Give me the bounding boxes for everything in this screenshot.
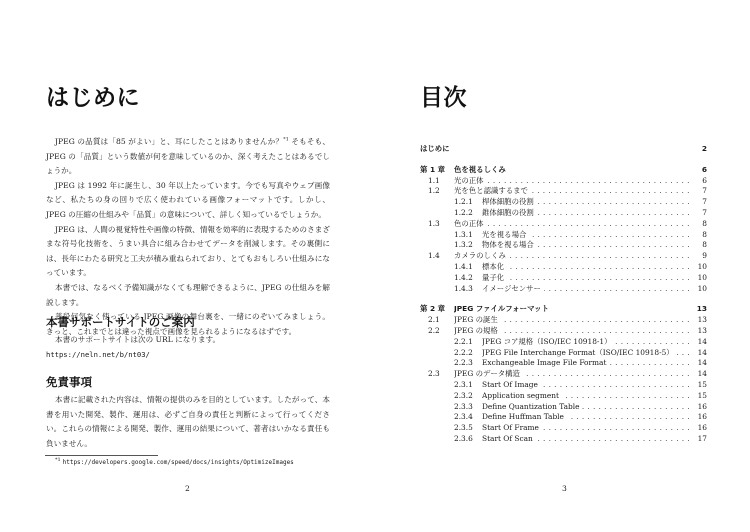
toc-entry-subsection[interactable]: 2.3.1...................................… [420,380,707,391]
toc-entry-number: 第 2 章 [420,304,445,315]
toc-entry-section[interactable]: 1.4.....................................… [420,251,707,262]
toc-entry-title: 物体を視る場合 [482,240,537,249]
toc-entry-page: 14 [698,337,707,348]
toc-entry-title-wrap: ........................................… [482,230,689,241]
toc-entry-subsection[interactable]: 1.4.3...................................… [420,284,707,295]
toc-entry-title-wrap: ........................................… [482,348,689,359]
toc-entry-subsection[interactable]: 1.3.1...................................… [420,230,707,241]
toc-entry-title-wrap: ........................................… [482,262,689,273]
toc-entry-number: 1.3 [428,219,440,230]
dot-leader: ........................................… [482,273,689,284]
toc-entry-title-wrap: ........................................… [482,240,689,251]
toc-entry-title-wrap: ........................................… [482,412,689,423]
toc-entry-title: Start Of Scan [482,434,536,443]
toc-entry-front[interactable]: はじめに2 [420,144,707,155]
toc-entry-subsection[interactable]: 2.2.2...................................… [420,348,707,359]
table-of-contents: はじめに2第 1 章色を視るしくみ61.1...................… [420,144,707,445]
toc-entry-title: JPEG の規格 [454,326,501,335]
toc-entry-title: 光を色と認識するまで [454,186,531,195]
toc-entry-title-wrap: ........................................… [454,326,689,337]
toc-entry-subsection[interactable]: 1.2.2...................................… [420,208,707,219]
page-number: 2 [185,484,190,493]
toc-entry-number: 2.3.5 [454,423,473,434]
toc-entry-page: 10 [698,273,707,284]
support-heading: 本書サポートサイトのご案内 [46,314,195,330]
toc-entry-page: 15 [698,380,707,391]
toc-entry-page: 14 [698,369,707,380]
toc-entry-title: Define Huffman Table [482,412,567,421]
toc-entry-page: 10 [698,262,707,273]
toc-entry-number: 2.3 [428,369,440,380]
toc-entry-subsection[interactable]: 2.3.3...................................… [420,402,707,413]
toc-entry-title-wrap: ........................................… [482,358,689,369]
paragraph-1: JPEG の品質は「85 がよい」と、耳にしたことはありませんか？*1 そもそも… [46,135,330,179]
toc-entry-title: Application segment [482,391,562,400]
toc-entry-subsection[interactable]: 2.3.4...................................… [420,412,707,423]
support-text: 本書のサポートサイトは次の URL になります。 [46,333,330,348]
toc-entry-number: 2.3.2 [454,391,473,402]
toc-entry-title: はじめに [420,144,453,153]
toc-entry-title-wrap: ........................................… [482,208,689,219]
toc-entry-title: Start Of Image [482,380,541,389]
toc-entry-section[interactable]: 2.3.....................................… [420,369,707,380]
toc-entry-title-wrap: ........................................… [482,337,689,348]
toc-entry-section[interactable]: 1.2.....................................… [420,186,707,197]
support-body: 本書のサポートサイトは次の URL になります。 https://neln.ne… [46,333,330,362]
toc-entry-section[interactable]: 1.3.....................................… [420,219,707,230]
toc-entry-title: JPEG File Interchange Format（ISO/IEC 109… [482,348,677,357]
paragraph-2: JPEG は 1992 年に誕生し、30 年以上たっています。今でも写真やウェブ… [46,179,330,223]
toc-entry-title-wrap: ........................................… [482,273,689,284]
toc-entry-page: 8 [702,219,707,230]
toc-entry-page: 7 [702,197,707,208]
toc-entry-page: 6 [702,176,707,187]
toc-entry-subsection[interactable]: 2.2.1...................................… [420,337,707,348]
toc-entry-title: 色の正体 [454,219,487,228]
disclaimer-heading: 免責事項 [46,374,92,390]
toc-entry-page: 8 [702,240,707,251]
toc-entry-number: 2.2.2 [454,348,473,359]
toc-entry-title: 色を視るしくみ [454,165,509,174]
toc-entry-page: 13 [698,315,707,326]
toc-entry-number: 1.3.1 [454,230,473,241]
toc-entry-title-wrap: ........................................… [482,197,689,208]
dot-leader: ........................................… [454,219,689,230]
toc-entry-title: 光の正体 [454,176,487,185]
toc-entry-title-wrap: 色を視るしくみ [454,165,689,176]
toc-entry-number: 1.2.2 [454,208,473,219]
page-number: 3 [562,484,567,493]
footnote: *1 https://developers.google.com/speed/d… [55,459,294,466]
toc-entry-page: 10 [698,284,707,295]
toc-entry-title-wrap: ........................................… [482,391,689,402]
toc-entry-number: 1.2 [428,186,440,197]
toc-entry-page: 8 [702,230,707,241]
toc-entry-number: 1.2.1 [454,197,473,208]
toc-entry-title-wrap: ........................................… [454,186,689,197]
toc-entry-section[interactable]: 2.2.....................................… [420,326,707,337]
toc-entry-chapter[interactable]: 第 1 章色を視るしくみ6 [420,165,707,176]
toc-entry-subsection[interactable]: 1.2.1...................................… [420,197,707,208]
footnote-url-link[interactable]: https://developers.google.com/speed/docs… [63,459,294,466]
toc-entry-chapter[interactable]: 第 2 章JPEG ファイルフォーマット13 [420,304,707,315]
toc-entry-title-wrap: ........................................… [482,423,689,434]
toc-entry-number: 1.4 [428,251,440,262]
footnote-mark: *1 [55,457,61,463]
toc-entry-subsection[interactable]: 2.2.3...................................… [420,358,707,369]
toc-entry-number: 2.3.6 [454,434,473,445]
toc-entry-title: JPEG のデータ構造 [454,369,523,378]
dot-leader: ........................................… [454,176,689,187]
toc-entry-title: JPEG の誕生 [454,315,501,324]
toc-entry-number: 1.3.2 [454,240,473,251]
toc-entry-page: 6 [702,165,707,176]
toc-entry-page: 13 [697,304,707,315]
toc-entry-title-wrap: JPEG ファイルフォーマット [454,304,689,315]
toc-entry-title-wrap: ........................................… [482,402,689,413]
toc-entry-number: 1.1 [428,176,440,187]
toc-entry-page: 13 [698,326,707,337]
toc-entry-title-wrap: ........................................… [454,219,689,230]
toc-entry-page: 9 [702,251,707,262]
left-page: はじめに JPEG の品質は「85 がよい」と、耳にしたことはありませんか？*1… [0,0,375,532]
toc-entry-title: Exchangeable Image File Format [482,358,609,367]
toc-entry-page: 14 [698,348,707,359]
toc-entry-page: 16 [698,423,707,434]
toc-entry-title-wrap: ........................................… [482,284,689,295]
toc-entry-subsection[interactable]: 1.4.2...................................… [420,273,707,284]
toc-entry-number: 第 1 章 [420,165,445,176]
toc-entry-number: 2.3.3 [454,402,473,413]
toc-entry-title: 桿体細胞の役割 [482,197,537,206]
toc-entry-section[interactable]: 1.1.....................................… [420,176,707,187]
toc-entry-number: 1.4.1 [454,262,473,273]
toc-entry-title: 光を視る場合 [482,230,529,239]
support-url-link[interactable]: https://neln.net/b/nt03/ [46,348,330,363]
disclaimer-body: 本書に記載された内容は、情報の提供のみを目的としています。したがって、本書を用い… [46,393,330,451]
toc-entry-page: 15 [698,391,707,402]
toc-entry-page: 2 [702,144,707,155]
right-page: 目次 はじめに2第 1 章色を視るしくみ61.1................… [375,0,750,532]
toc-entry-title: Start Of Frame [482,423,542,432]
footnote-rule [45,455,158,456]
toc-title: 目次 [420,79,467,112]
toc-entry-title: カメラのしくみ [454,251,509,260]
toc-entry-title-wrap: ........................................… [454,315,689,326]
toc-entry-number: 2.2 [428,326,440,337]
toc-entry-title: イメージセンサー [482,284,544,293]
toc-entry-page: 16 [698,412,707,423]
toc-entry-title: 量子化 [482,273,507,282]
toc-entry-title-wrap: ........................................… [454,176,689,187]
toc-entry-number: 2.1 [428,315,440,326]
toc-entry-page: 17 [698,434,707,445]
toc-entry-subsection[interactable]: 1.3.2...................................… [420,240,707,251]
toc-entry-page: 7 [702,186,707,197]
paragraph-4: 本書では、なるべく予備知識がなくても理解できるように、JPEG の仕組みを解説し… [46,281,330,310]
toc-entry-subsection[interactable]: 2.3.2...................................… [420,391,707,402]
toc-entry-title-wrap: ........................................… [482,434,689,445]
toc-entry-title-wrap: はじめに [420,144,689,155]
toc-entry-title: 標本化 [482,262,507,271]
toc-entry-section[interactable]: 2.1.....................................… [420,315,707,326]
toc-entry-page: 14 [698,358,707,369]
toc-entry-title: Define Quantization Table [482,402,582,411]
toc-entry-number: 2.3.4 [454,412,473,423]
toc-entry-number: 2.3.1 [454,380,473,391]
toc-entry-title: JPEG ファイルフォーマット [454,304,552,313]
toc-entry-title: JPEG コア規格（ISO/IEC 10918-1） [482,337,615,346]
toc-entry-subsection[interactable]: 2.3.5...................................… [420,423,707,434]
toc-entry-page: 7 [702,208,707,219]
dot-leader: ........................................… [482,262,689,273]
toc-entry-title-wrap: ........................................… [482,380,689,391]
paragraph-3: JPEG は、人間の視覚特性や画像の特徴、情報を効率的に表現するためのさまざまな… [46,223,330,281]
page-title: はじめに [46,79,140,112]
toc-entry-title: 錐体細胞の役割 [482,208,537,217]
toc-entry-title-wrap: ........................................… [454,369,689,380]
toc-entry-number: 2.2.3 [454,358,473,369]
toc-entry-subsection[interactable]: 2.3.6...................................… [420,434,707,445]
toc-entry-subsection[interactable]: 1.4.1...................................… [420,262,707,273]
toc-entry-number: 1.4.2 [454,273,473,284]
toc-entry-title-wrap: ........................................… [454,251,689,262]
toc-entry-page: 16 [698,402,707,413]
introduction-body: JPEG の品質は「85 がよい」と、耳にしたことはありませんか？*1 そもそも… [46,135,330,339]
disclaimer-text: 本書に記載された内容は、情報の提供のみを目的としています。したがって、本書を用い… [46,393,330,451]
toc-entry-number: 2.2.1 [454,337,473,348]
toc-entry-number: 1.4.3 [454,284,473,295]
